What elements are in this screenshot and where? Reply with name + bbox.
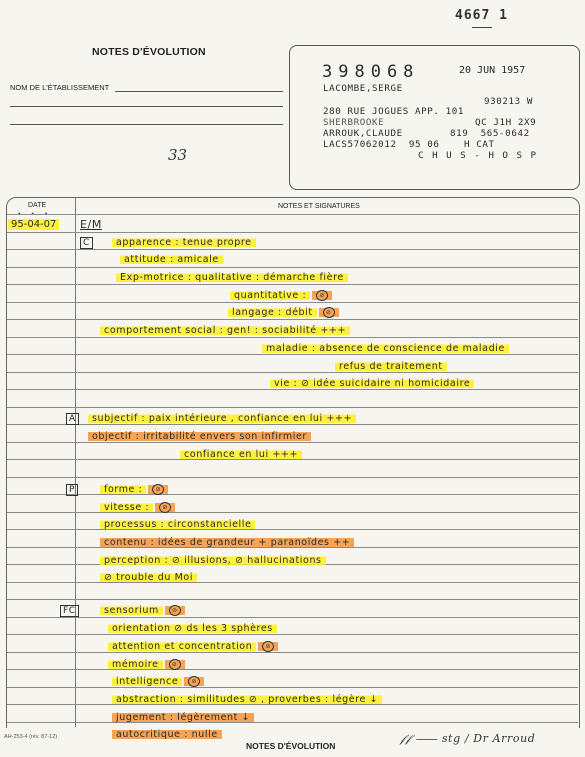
null-mark-icon: ⊘	[165, 605, 185, 616]
ruled-line	[7, 284, 578, 285]
null-mark-icon: ⊘	[312, 290, 332, 301]
ruled-line	[7, 319, 578, 320]
ruled-line	[7, 267, 578, 268]
note-text: mémoire	[108, 659, 163, 670]
note-line-a: objectif : irritabilité envers son infir…	[88, 431, 311, 443]
note-line-c: maladie : absence de conscience de malad…	[262, 343, 509, 355]
note-text: autocritique : nulle	[112, 729, 222, 740]
doctor-phone: 819 565-0642	[450, 128, 530, 139]
ruled-line	[7, 582, 578, 583]
note-text: quantitative :	[230, 290, 310, 301]
note-text: refus de traitement	[335, 361, 447, 372]
ruled-line	[7, 634, 578, 635]
note-text: intelligence	[112, 676, 182, 687]
circled-null-icon: ⊘	[188, 676, 200, 687]
note-line-fc: autocritique : nulle	[112, 729, 222, 741]
null-mark-icon: ⊘	[184, 676, 204, 687]
note-text: subjectif : paix intérieure , confiance …	[88, 413, 356, 424]
null-mark-icon: ⊘	[148, 484, 168, 495]
footer-title: NOTES D'ÉVOLUTION	[246, 741, 335, 751]
form-code: AH-253-4 (rév. 87-12)	[4, 734, 57, 740]
ruled-line	[7, 617, 578, 618]
null-mark-icon: ⊘	[258, 641, 278, 652]
ruled-line	[7, 372, 578, 373]
note-line-fc: attention et concentration⊘	[108, 641, 278, 653]
note-text: forme :	[100, 484, 146, 495]
note-text: confiance en lui +++	[180, 449, 302, 460]
note-line-fc: sensorium⊘	[100, 605, 185, 617]
ruled-line	[7, 529, 578, 530]
ruled-line	[7, 512, 578, 513]
date-column-divider	[75, 197, 76, 727]
establishment-label: NOM DE L'ÉTABLISSEMENT	[10, 83, 109, 92]
section-label-fc: FC	[60, 605, 79, 617]
insurance-number: LACS57062012 95 06 H CAT	[323, 139, 495, 150]
note-line-p: vitesse :⊘	[100, 502, 175, 514]
note-text: attention et concentration	[108, 641, 256, 652]
null-mark-icon: ⊘	[319, 307, 339, 318]
note-line-p: contenu : idées de grandeur + paranoïdes…	[100, 537, 354, 549]
note-text: comportement social : gen! : sociabilité…	[100, 325, 350, 336]
note-text: processus : circonstancielle	[100, 519, 255, 530]
notes-heading: E/M	[80, 219, 102, 231]
note-line-c: attitude : amicale	[120, 254, 223, 266]
section-label-c: C	[80, 237, 93, 249]
note-text: sensorium	[100, 605, 163, 616]
patient-dob: 20 JUN 1957	[459, 65, 525, 76]
ruled-line	[7, 214, 578, 215]
note-text: contenu : idées de grandeur + paranoïdes…	[100, 537, 354, 548]
patient-postal: QC J1H 2X9	[475, 117, 536, 128]
ruled-line	[7, 477, 578, 478]
note-text: abstraction : similitudes ⊘ , proverbes …	[112, 694, 382, 705]
note-line-p: ⊘ trouble du Moi	[100, 572, 197, 584]
ruled-line	[7, 722, 578, 723]
note-line-fc: orientation ⊘ ds les 3 sphères	[108, 623, 277, 635]
note-text: jugement : légèrement ↓	[112, 712, 254, 723]
page-number: 33	[168, 146, 187, 164]
date-column-header: DATE	[28, 202, 46, 209]
ruled-line	[7, 249, 578, 250]
circled-null-icon: ⊘	[152, 484, 164, 495]
note-text: orientation ⊘ ds les 3 sphères	[108, 623, 277, 634]
circled-null-icon: ⊘	[159, 502, 171, 513]
signature-scribble-icon: 𝒻𝒻 ⸺	[400, 732, 442, 745]
note-line-fc: intelligence⊘	[112, 676, 204, 688]
ruled-line	[7, 599, 578, 600]
circled-null-icon: ⊘	[323, 307, 335, 318]
note-text: objectif : irritabilité envers son infir…	[88, 431, 311, 442]
hospital-code: C H U S - H O S P	[418, 150, 538, 161]
establishment-field-line-3	[10, 124, 283, 125]
ruled-line	[7, 687, 578, 688]
note-text: vie : ⊘ idée suicidaire ni homicidaire	[270, 378, 474, 389]
circled-null-icon: ⊘	[169, 605, 181, 616]
patient-code: 930213 W	[484, 96, 533, 107]
document-number-underline	[472, 27, 492, 28]
note-line-c: vie : ⊘ idée suicidaire ni homicidaire	[270, 378, 474, 390]
note-text: attitude : amicale	[120, 254, 223, 265]
ruled-line	[7, 232, 578, 233]
patient-id: 398068	[322, 62, 419, 82]
note-line-c: quantitative :⊘	[230, 290, 332, 302]
note-line-c: comportement social : gen! : sociabilité…	[100, 325, 350, 337]
establishment-field-line-1	[115, 91, 283, 92]
note-line-c: langage : débit⊘	[228, 307, 339, 319]
note-line-fc: jugement : légèrement ↓	[112, 712, 254, 724]
notes-column-header: NOTES ET SIGNATURES	[278, 203, 360, 210]
null-mark-icon: ⊘	[165, 659, 185, 670]
circled-null-icon: ⊘	[169, 659, 181, 670]
ruled-line	[7, 669, 578, 670]
note-line-c: apparence : tenue propre	[112, 237, 256, 249]
section-label-a: A	[66, 413, 79, 425]
patient-address: 280 RUE JOGUES APP. 101	[323, 106, 464, 117]
note-text: langage : débit	[228, 307, 317, 318]
note-line-fc: abstraction : similitudes ⊘ , proverbes …	[112, 694, 382, 706]
ruled-line	[7, 494, 578, 495]
note-line-a: subjectif : paix intérieure , confiance …	[88, 413, 356, 425]
patient-name: LACOMBE,SERGE	[323, 83, 403, 94]
note-line-c: refus de traitement	[335, 361, 447, 373]
section-label-p: P	[66, 484, 78, 496]
document-number: 4667 1	[455, 8, 508, 23]
note-line-fc: mémoire⊘	[108, 659, 185, 671]
entry-date: 95-04-07	[8, 219, 59, 230]
note-text: apparence : tenue propre	[112, 237, 256, 248]
signature: 𝒻𝒻 ⸺ stg / Dr Arroud	[400, 733, 535, 745]
circled-null-icon: ⊘	[316, 290, 328, 301]
patient-city: SHERBROOKE	[323, 117, 384, 128]
note-text: perception : ⊘ illusions, ⊘ hallucinatio…	[100, 555, 326, 566]
ruled-line	[7, 652, 578, 653]
signature-text: stg / Dr Arroud	[442, 732, 536, 745]
note-line-c: Exp-motrice : qualitative : démarche fiè…	[116, 272, 348, 284]
note-text: vitesse :	[100, 502, 153, 513]
note-line-p: forme :⊘	[100, 484, 168, 496]
note-line-p: processus : circonstancielle	[100, 519, 255, 531]
establishment-field-line-2	[10, 106, 283, 107]
form-title: NOTES D'ÉVOLUTION	[92, 46, 206, 58]
note-text: ⊘ trouble du Moi	[100, 572, 197, 583]
attending-doctor: ARROUK,CLAUDE	[323, 128, 403, 139]
ruled-line	[7, 407, 578, 408]
circled-null-icon: ⊘	[262, 641, 274, 652]
note-text: Exp-motrice : qualitative : démarche fiè…	[116, 272, 348, 283]
note-line-p: perception : ⊘ illusions, ⊘ hallucinatio…	[100, 555, 326, 567]
note-line-a: confiance en lui +++	[180, 449, 302, 461]
note-text: maladie : absence de conscience de malad…	[262, 343, 509, 354]
null-mark-icon: ⊘	[155, 502, 175, 513]
